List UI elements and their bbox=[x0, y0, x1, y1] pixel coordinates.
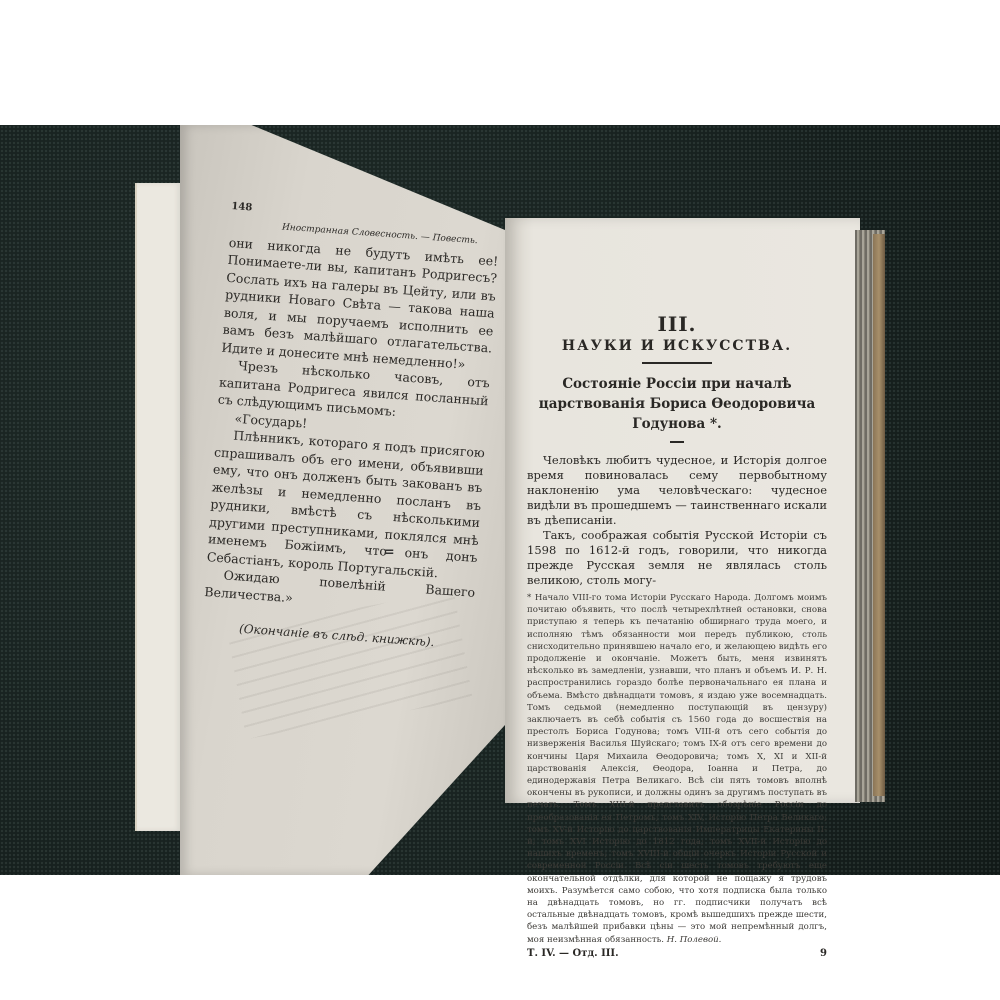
worn-spine-edge bbox=[873, 234, 885, 796]
signature-mark: Т. IV. — Отд. III. bbox=[527, 948, 619, 959]
paragraph: Такъ, соображая событія Русской Исторіи … bbox=[527, 528, 827, 588]
right-page-number: 9 bbox=[820, 948, 827, 959]
left-page-number: 148 bbox=[231, 198, 253, 217]
right-page-text: III. НАУКИ И ИСКУССТВА. Состояніе Россіи… bbox=[527, 312, 827, 959]
footnote-signature: Н. Полевой. bbox=[667, 935, 722, 945]
separator-mark: = bbox=[383, 544, 395, 560]
section-number: III. bbox=[527, 312, 827, 336]
page-footer: Т. IV. — Отд. III. 9 bbox=[527, 948, 827, 959]
footnote-text: * Начало VIII-го тома Исторіи Русскаго Н… bbox=[527, 593, 827, 945]
title-dash bbox=[670, 441, 684, 443]
title-rule bbox=[642, 362, 712, 364]
paragraph: они никогда не будутъ имѣть ее! Понимает… bbox=[221, 233, 499, 374]
article-title: Состояніе Россіи при началѣ царствованія… bbox=[527, 374, 827, 434]
paragraph: Человѣкъ любитъ чудесное, и Исторія долг… bbox=[527, 453, 827, 528]
paragraph: Плѣнникъ, котораго я подъ присягою спраш… bbox=[206, 425, 485, 583]
back-cover-leaf bbox=[135, 183, 182, 831]
footnote: * Начало VIII-го тома Исторіи Русскаго Н… bbox=[527, 592, 827, 946]
section-title: НАУКИ И ИСКУССТВА. bbox=[527, 338, 827, 354]
left-page-text: 148 Иностранная Словесность. — Повесть. … bbox=[201, 198, 501, 654]
